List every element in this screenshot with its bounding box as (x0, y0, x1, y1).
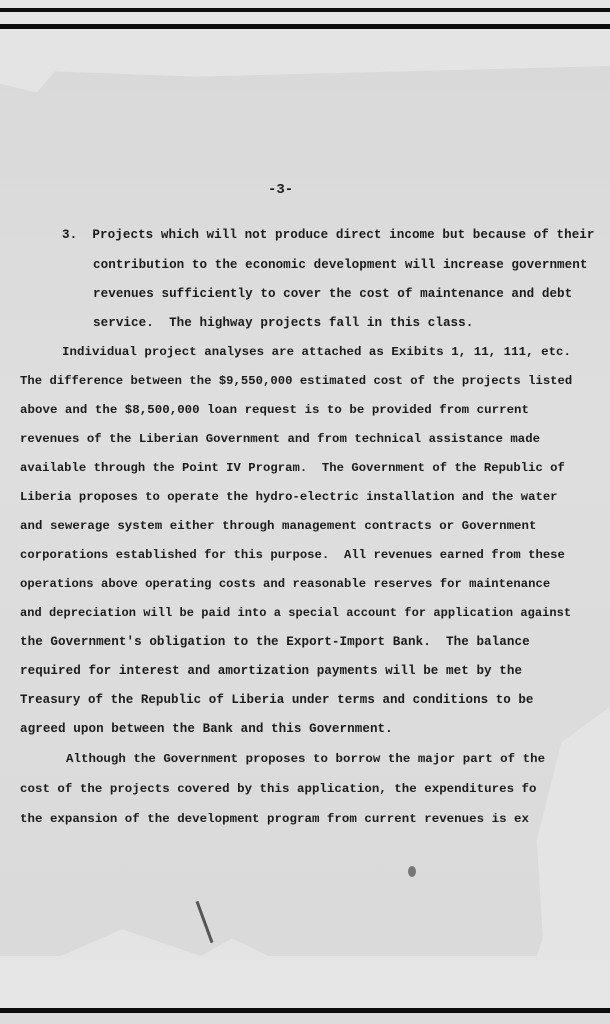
text-line: Individual project analyses are attached… (62, 345, 571, 359)
text-line: Liberia proposes to operate the hydro-el… (20, 490, 558, 504)
text-line: The difference between the $9,550,000 es… (20, 374, 572, 388)
text-line: agreed upon between the Bank and this Go… (20, 722, 393, 736)
text-line: the Government's obligation to the Expor… (20, 635, 530, 649)
text-line: operations above operating costs and rea… (20, 577, 550, 591)
page-margin-bottom (0, 960, 610, 1008)
film-border-top (0, 8, 610, 12)
text-line: corporations established for this purpos… (20, 548, 565, 562)
text-line: above and the $8,500,000 loan request is… (20, 403, 529, 417)
film-border-top-inner (0, 24, 610, 29)
text-line: cost of the projects covered by this app… (20, 782, 537, 796)
text-line: Treasury of the Republic of Liberia unde… (20, 693, 533, 707)
text-line: revenues of the Liberian Government and … (20, 432, 540, 446)
text-line: and depreciation will be paid into a spe… (20, 606, 571, 620)
text-line: Although the Government proposes to borr… (66, 752, 545, 766)
text-line: and sewerage system either through manag… (20, 519, 537, 533)
text-line: the expansion of the development program… (20, 812, 529, 826)
film-strip (0, 1013, 610, 1024)
text-line: required for interest and amortization p… (20, 664, 522, 678)
text-line: revenues sufficiently to cover the cost … (93, 287, 572, 301)
text-line: available through the Point IV Program. … (20, 461, 565, 475)
text-line: service. The highway projects fall in th… (93, 316, 473, 330)
ink-spot (408, 866, 416, 877)
text-line: contribution to the economic development… (93, 258, 588, 272)
text-line: 3. Projects which will not produce direc… (62, 228, 595, 242)
page-number: -3- (268, 182, 293, 198)
